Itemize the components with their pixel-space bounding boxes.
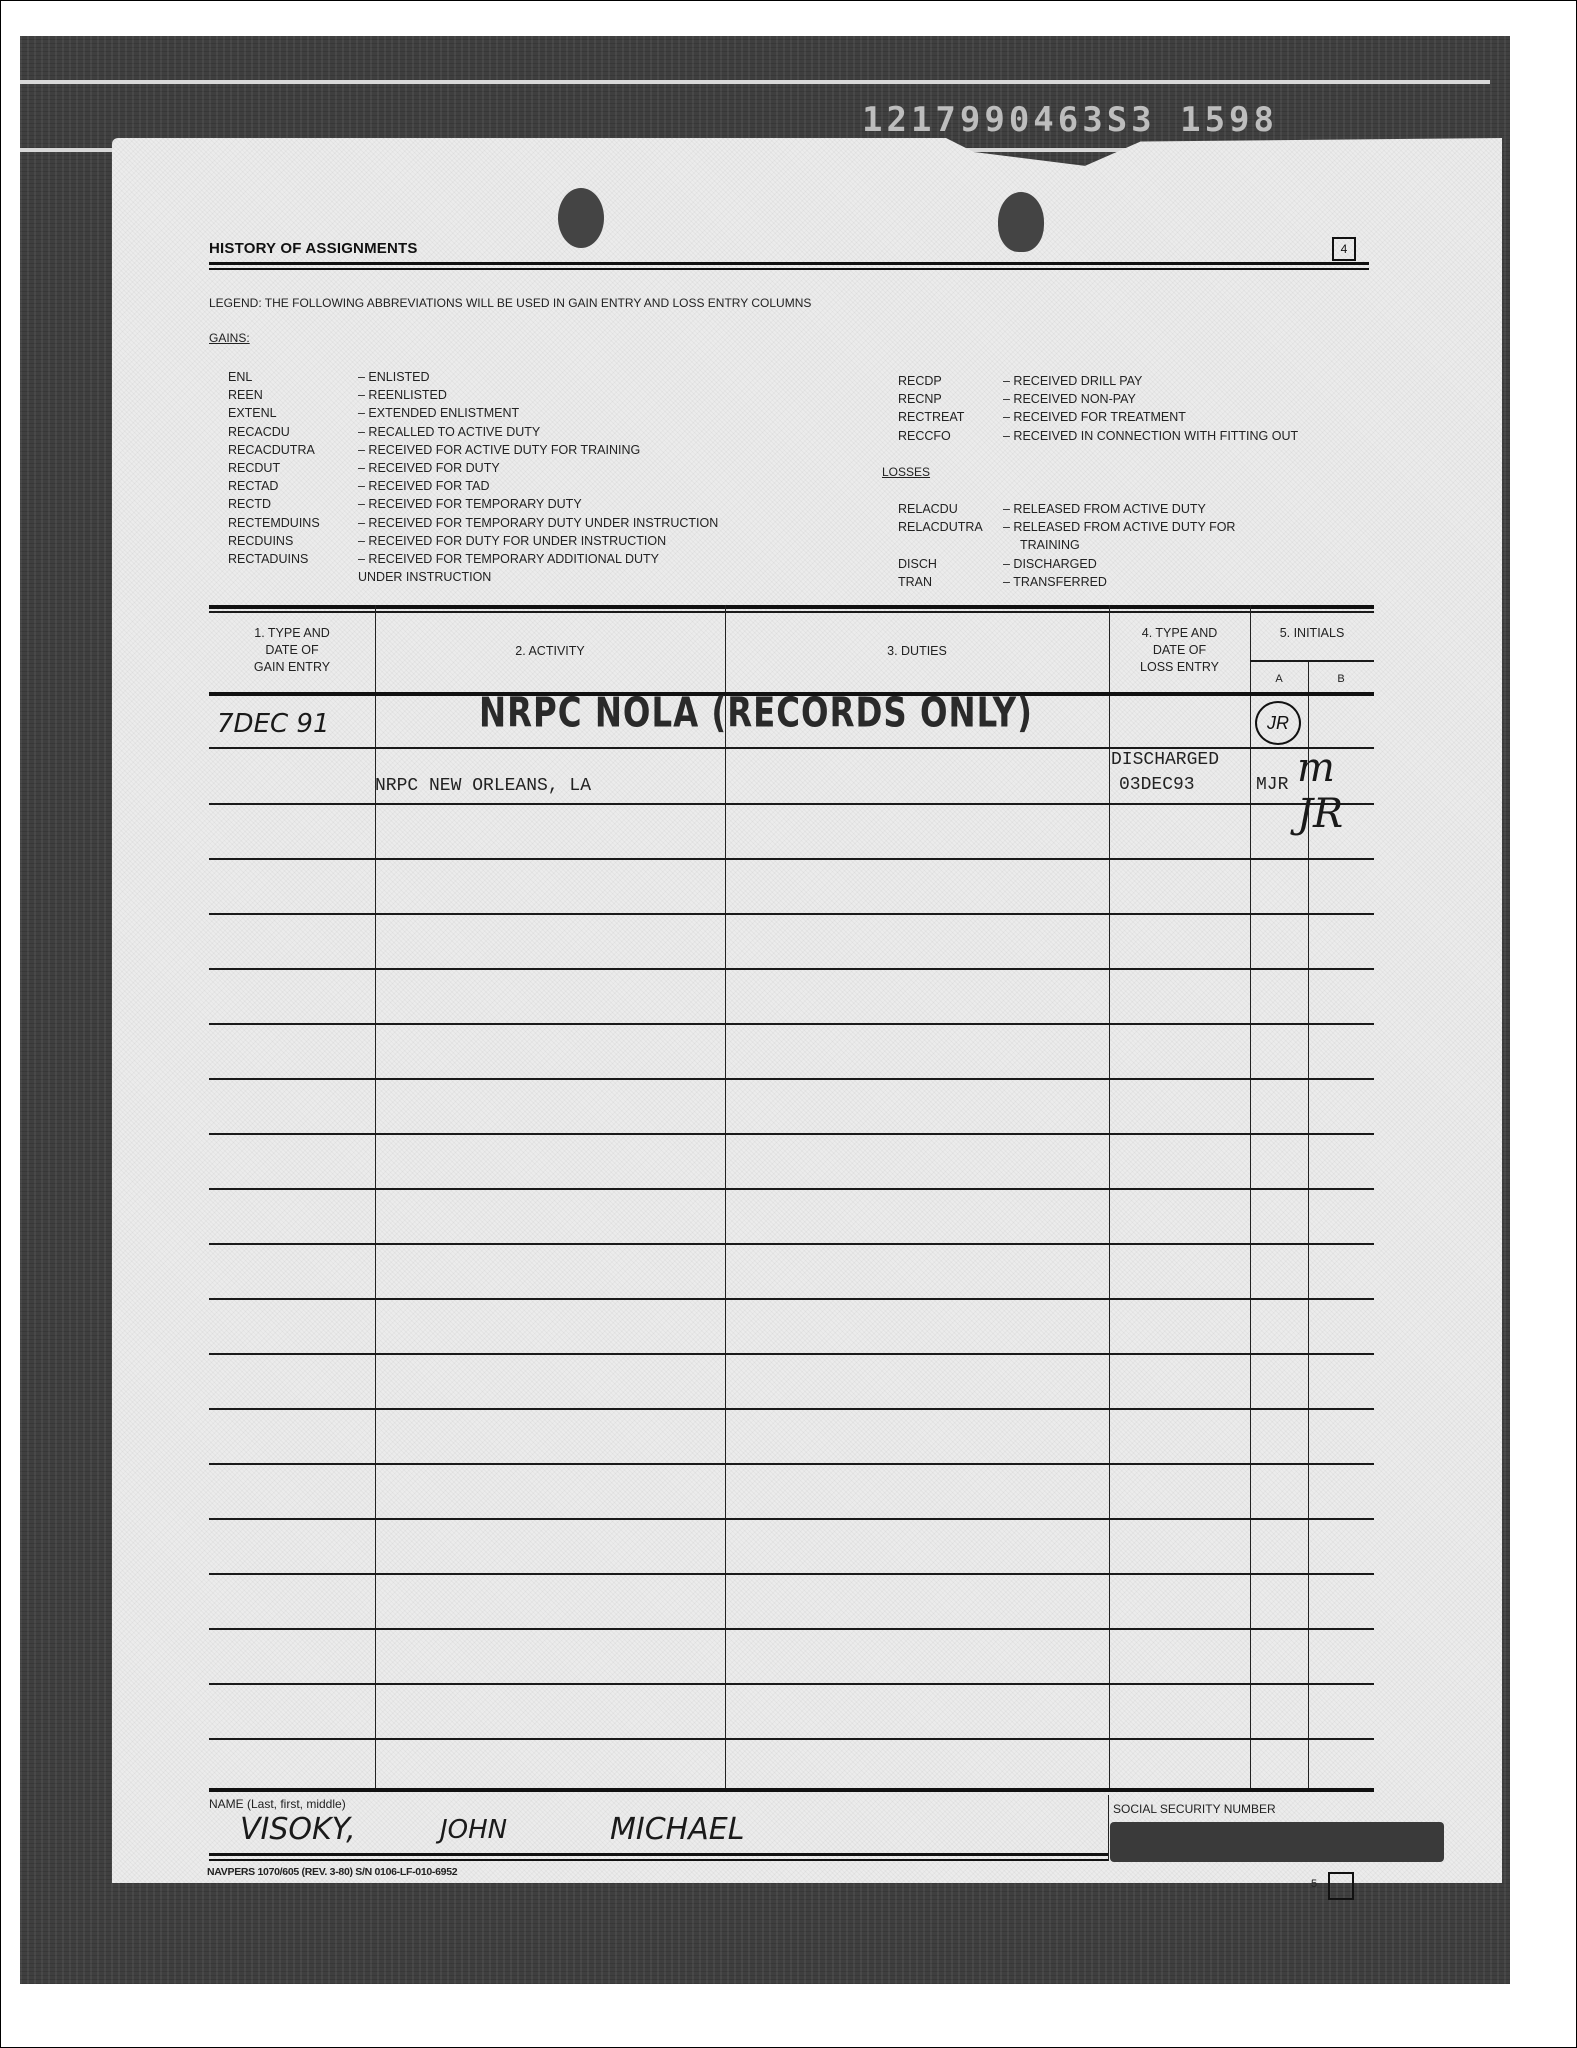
name-label: NAME (Last, first, middle) (209, 1797, 346, 1811)
header-line: DATE OF (209, 642, 375, 659)
abbr-row: REEN– REENLISTED (228, 386, 718, 404)
gains-list-left: ENL– ENLISTED REEN– REENLISTED EXTENL– E… (228, 368, 718, 586)
abbr-code: RECCFO (898, 427, 1003, 445)
name-middle: MICHAEL (610, 1812, 744, 1847)
abbr-row: RECACDU– RECALLED TO ACTIVE DUTY (228, 423, 718, 441)
row-rule (209, 1738, 1374, 1740)
header-activity: 2. ACTIVITY (375, 643, 725, 660)
activity-stamp: NRPC NOLA (RECORDS ONLY) (479, 690, 1033, 737)
activity-text: NRPC NEW ORLEANS, LA (375, 776, 591, 796)
abbr-row: RECTEMDUINS– RECEIVED FOR TEMPORARY DUTY… (228, 514, 718, 532)
abbr-definition: – RECEIVED IN CONNECTION WITH FITTING OU… (1003, 427, 1298, 445)
abbr-row: RECTADUINS– RECEIVED FOR TEMPORARY ADDIT… (228, 550, 718, 568)
gains-heading: GAINS: (209, 331, 250, 345)
col-divider (725, 605, 726, 1790)
abbr-row: RECTAD– RECEIVED FOR TAD (228, 477, 718, 495)
row-rule (209, 1628, 1374, 1630)
row-rule (209, 1463, 1374, 1465)
initials-typed: MJR (1256, 775, 1288, 795)
row-rule (209, 858, 1374, 860)
header-initials-b: B (1308, 671, 1374, 688)
abbr-row: RECACDUTRA– RECEIVED FOR ACTIVE DUTY FOR… (228, 441, 718, 459)
assignments-table: 1. TYPE AND DATE OF GAIN ENTRY 2. ACTIVI… (209, 605, 1374, 1795)
name-first: JOHN (440, 1815, 507, 1845)
abbr-code: RECTAD (228, 477, 358, 495)
abbr-definition: UNDER INSTRUCTION (358, 568, 491, 586)
abbr-code: RECDP (898, 372, 1003, 390)
abbr-code: EXTENL (228, 404, 358, 422)
abbr-definition: – RECEIVED FOR TAD (358, 477, 490, 495)
header-duties: 3. DUTIES (725, 643, 1109, 660)
header-line: DATE OF (1109, 642, 1250, 659)
loss-entry-date: 03DEC93 (1119, 775, 1195, 795)
abbr-row: RECDUINS– RECEIVED FOR DUTY FOR UNDER IN… (228, 532, 718, 550)
abbr-code (228, 568, 358, 586)
page-corner-mark: 4 (1332, 237, 1356, 261)
name-rule (209, 1853, 1109, 1861)
page-checkbox (1328, 1872, 1354, 1900)
abbr-code: REEN (228, 386, 358, 404)
abbr-definition: – RECALLED TO ACTIVE DUTY (358, 423, 540, 441)
abbr-row: RECNP– RECEIVED NON-PAY (898, 390, 1298, 408)
circled-initials: JR (1255, 701, 1301, 745)
abbr-row: UNDER INSTRUCTION (228, 568, 718, 586)
initials-signature: m JR (1297, 745, 1374, 837)
initials-subheader-rule (1250, 660, 1374, 662)
form-title: HISTORY OF ASSIGNMENTS (209, 240, 418, 257)
ssn-label: SOCIAL SECURITY NUMBER (1113, 1802, 1276, 1816)
loss-entry-type: DISCHARGED (1111, 750, 1219, 770)
abbr-row: RECCFO– RECEIVED IN CONNECTION WITH FITT… (898, 427, 1298, 445)
losses-heading: LOSSES (882, 465, 930, 479)
abbr-code: RECNP (898, 390, 1003, 408)
row-rule (209, 1298, 1374, 1300)
losses-list: RELACDU– RELEASED FROM ACTIVE DUTY RELAC… (898, 500, 1235, 591)
table-top-rule-2 (209, 611, 1374, 613)
abbr-code: RECACDUTRA (228, 441, 358, 459)
abbr-row: TRAN– TRANSFERRED (898, 573, 1235, 591)
abbr-code: RECACDU (228, 423, 358, 441)
abbr-code: DISCH (898, 555, 1003, 573)
abbr-row: RECDP– RECEIVED DRILL PAY (898, 372, 1298, 390)
abbr-definition: – DISCHARGED (1003, 555, 1097, 573)
row-rule (209, 1243, 1374, 1245)
row-rule (209, 1573, 1374, 1575)
abbr-code: TRAN (898, 573, 1003, 591)
header-loss-entry: 4. TYPE AND DATE OF LOSS ENTRY (1109, 625, 1250, 676)
abbr-definition: – TRANSFERRED (1003, 573, 1107, 591)
abbr-row: EXTENL– EXTENDED ENLISTMENT (228, 404, 718, 422)
abbr-row: RECTREAT– RECEIVED FOR TREATMENT (898, 408, 1298, 426)
col-divider (1109, 605, 1110, 1790)
abbr-row: ENL– ENLISTED (228, 368, 718, 386)
abbr-definition: – RECEIVED FOR TREATMENT (1003, 408, 1186, 426)
abbr-definition: – RECEIVED FOR DUTY (358, 459, 500, 477)
row-rule (209, 968, 1374, 970)
abbr-definition: – ENLISTED (358, 368, 430, 386)
table-top-rule (209, 605, 1374, 609)
header-line: 4. TYPE AND (1109, 625, 1250, 642)
row-rule (209, 913, 1374, 915)
punch-hole-left (558, 188, 604, 248)
abbr-definition: – RECEIVED DRILL PAY (1003, 372, 1142, 390)
abbr-definition: – RELEASED FROM ACTIVE DUTY FOR (1003, 518, 1235, 536)
abbr-code: RECTREAT (898, 408, 1003, 426)
abbr-row: RELACDU– RELEASED FROM ACTIVE DUTY (898, 500, 1235, 518)
row-rule (209, 1353, 1374, 1355)
abbr-definition: – REENLISTED (358, 386, 447, 404)
abbr-definition: – RECEIVED NON-PAY (1003, 390, 1136, 408)
gains-list-right: RECDP– RECEIVED DRILL PAY RECNP– RECEIVE… (898, 372, 1298, 445)
scan-stamp-number: 1217990463S3 1598 (862, 100, 1278, 140)
page-number: 5 (1311, 1878, 1317, 1890)
abbr-code (898, 536, 1020, 554)
gain-entry-date: 7DEC 91 (217, 709, 330, 739)
row-rule (209, 1133, 1374, 1135)
abbr-code: RECDUT (228, 459, 358, 477)
abbr-definition: – RECEIVED FOR TEMPORARY DUTY UNDER INST… (358, 514, 718, 532)
abbr-code: RECTD (228, 495, 358, 513)
row-rule (209, 1188, 1374, 1190)
abbr-definition: – RECEIVED FOR TEMPORARY ADDITIONAL DUTY (358, 550, 659, 568)
header-initials-a: A (1250, 671, 1308, 688)
row-rule (209, 1078, 1374, 1080)
abbr-code: RELACDU (898, 500, 1003, 518)
name-last: VISOKY, (240, 1812, 356, 1847)
abbr-code: RELACDUTRA (898, 518, 1003, 536)
scan-stripe (20, 80, 1490, 84)
ssn-redaction (1110, 1822, 1444, 1862)
ssn-divider (1108, 1795, 1109, 1861)
abbr-code: RECDUINS (228, 532, 358, 550)
abbr-definition: – RECEIVED FOR DUTY FOR UNDER INSTRUCTIO… (358, 532, 666, 550)
abbr-row: TRAINING (898, 536, 1235, 554)
abbr-definition: – RECEIVED FOR ACTIVE DUTY FOR TRAINING (358, 441, 640, 459)
row-rule (209, 1518, 1374, 1520)
table-bottom-rule (209, 1788, 1374, 1792)
row-rule (209, 747, 1374, 749)
legend-text: LEGEND: THE FOLLOWING ABBREVIATIONS WILL… (209, 296, 811, 310)
col-divider (1250, 605, 1251, 1790)
row-rule (209, 1023, 1374, 1025)
form-number: NAVPERS 1070/605 (REV. 3-80) S/N 0106-LF… (207, 1866, 457, 1878)
abbr-code: ENL (228, 368, 358, 386)
row-rule (209, 1683, 1374, 1685)
header-line: 1. TYPE AND (209, 625, 375, 642)
abbr-row: DISCH– DISCHARGED (898, 555, 1235, 573)
abbr-code: RECTEMDUINS (228, 514, 358, 532)
header-gain-entry: 1. TYPE AND DATE OF GAIN ENTRY (209, 625, 375, 676)
punch-hole-right (998, 192, 1044, 252)
header-line: LOSS ENTRY (1109, 659, 1250, 676)
row-rule (209, 803, 1374, 805)
abbr-definition: TRAINING (1020, 536, 1080, 554)
abbr-definition: – RELEASED FROM ACTIVE DUTY (1003, 500, 1206, 518)
abbr-code: RECTADUINS (228, 550, 358, 568)
header-initials: 5. INITIALS (1250, 625, 1374, 642)
title-rule (209, 262, 1369, 270)
header-line: GAIN ENTRY (209, 659, 375, 676)
abbr-definition: – EXTENDED ENLISTMENT (358, 404, 519, 422)
abbr-row: RECDUT– RECEIVED FOR DUTY (228, 459, 718, 477)
row-rule (209, 1408, 1374, 1410)
abbr-definition: – RECEIVED FOR TEMPORARY DUTY (358, 495, 582, 513)
abbr-row: RECTD– RECEIVED FOR TEMPORARY DUTY (228, 495, 718, 513)
abbr-row: RELACDUTRA– RELEASED FROM ACTIVE DUTY FO… (898, 518, 1235, 536)
